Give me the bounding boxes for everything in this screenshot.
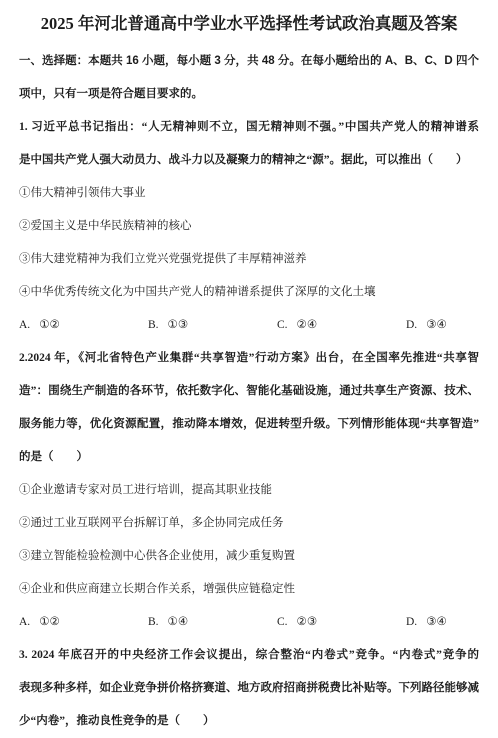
choices-row: A.①② B.①④ C.②③ D.③④ <box>19 606 479 639</box>
choice-value: ①④ <box>168 616 189 628</box>
choice-label: D. <box>406 309 417 342</box>
question-3: 3. 2024 年底召开的中央经济工作会议提出，综合整治“内卷式”竞争。“内卷式… <box>19 639 479 738</box>
choice-label: A. <box>19 606 30 639</box>
question-stem-line: 是中国共产党人强大动员力、战斗力以及凝聚力的精神之“源”。据此，可以推出（ ） <box>19 144 479 177</box>
choice-b: B.①③ <box>148 309 277 342</box>
question-stem-line: 少“内卷”，推动良性竞争的是（ ） <box>19 705 479 738</box>
choice-c: C.②④ <box>277 309 406 342</box>
choice-label: C. <box>277 309 288 342</box>
choice-a: A.①② <box>19 309 148 342</box>
choice-a: A.①② <box>19 606 148 639</box>
document-body: 一、选择题：本题共 16 小题，每小题 3 分，共 48 分。在每小题给出的 A… <box>19 45 479 738</box>
option-line: ③伟大建党精神为我们立党兴党强党提供了丰厚精神滋养 <box>19 243 479 276</box>
choice-value: ①② <box>39 319 60 331</box>
choice-b: B.①④ <box>148 606 277 639</box>
section-intro-line: 一、选择题：本题共 16 小题，每小题 3 分，共 48 分。在每小题给出的 A… <box>19 45 479 78</box>
page-title: 2025 年河北普通高中学业水平选择性考试政治真题及答案 <box>19 12 479 35</box>
question-2: 2.2024 年，《河北省特色产业集群“共享智造”行动方案》出台，在全国率先推进… <box>19 342 479 639</box>
question-stem-line: 3. 2024 年底召开的中央经济工作会议提出，综合整治“内卷式”竞争。“内卷式… <box>19 639 479 672</box>
choice-d: D.③④ <box>406 606 447 639</box>
choice-c: C.②③ <box>277 606 406 639</box>
choice-label: B. <box>148 309 159 342</box>
question-stem-line: 表现多种多样，如企业竞争拼价格挤赛道、地方政府招商拼税费比补贴等。下列路径能够减 <box>19 672 479 705</box>
choice-value: ③④ <box>426 319 447 331</box>
question-stem-line: 服务能力等，优化资源配置，推动降本增效，促进转型升级。下列情形能体现“共享智造” <box>19 408 479 441</box>
section-intro-line: 项中，只有一项是符合题目要求的。 <box>19 78 479 111</box>
question-stem-line: 造”：围绕生产制造的各环节，依托数字化、智能化基础设施，通过共享生产资源、技术、 <box>19 375 479 408</box>
option-line: ①伟大精神引领伟大事业 <box>19 177 479 210</box>
choice-d: D.③④ <box>406 309 447 342</box>
choice-value: ①② <box>39 616 60 628</box>
choice-value: ①③ <box>168 319 189 331</box>
option-line: ②爱国主义是中华民族精神的核心 <box>19 210 479 243</box>
choice-value: ②④ <box>297 319 318 331</box>
choice-value: ②③ <box>297 616 318 628</box>
choices-row: A.①② B.①③ C.②④ D.③④ <box>19 309 479 342</box>
exam-document-page: 2025 年河北普通高中学业水平选择性考试政治真题及答案 一、选择题：本题共 1… <box>0 0 498 738</box>
question-stem-line: 的是（ ） <box>19 441 479 474</box>
option-line: ④企业和供应商建立长期合作关系，增强供应链稳定性 <box>19 573 479 606</box>
question-1: 1. 习近平总书记指出：“人无精神则不立，国无精神则不强。”中国共产党人的精神谱… <box>19 111 479 342</box>
option-line: ②通过工业互联网平台拆解订单，多企协同完成任务 <box>19 507 479 540</box>
choice-label: C. <box>277 606 288 639</box>
option-line: ③建立智能检验检测中心供各企业使用，减少重复购置 <box>19 540 479 573</box>
choice-label: D. <box>406 606 417 639</box>
question-stem-line: 2.2024 年，《河北省特色产业集群“共享智造”行动方案》出台，在全国率先推进… <box>19 342 479 375</box>
choice-label: B. <box>148 606 159 639</box>
choice-label: A. <box>19 309 30 342</box>
option-line: ①企业邀请专家对员工进行培训，提高其职业技能 <box>19 474 479 507</box>
option-line: ④中华优秀传统文化为中国共产党人的精神谱系提供了深厚的文化土壤 <box>19 276 479 309</box>
choice-value: ③④ <box>426 616 447 628</box>
question-stem-line: 1. 习近平总书记指出：“人无精神则不立，国无精神则不强。”中国共产党人的精神谱… <box>19 111 479 144</box>
